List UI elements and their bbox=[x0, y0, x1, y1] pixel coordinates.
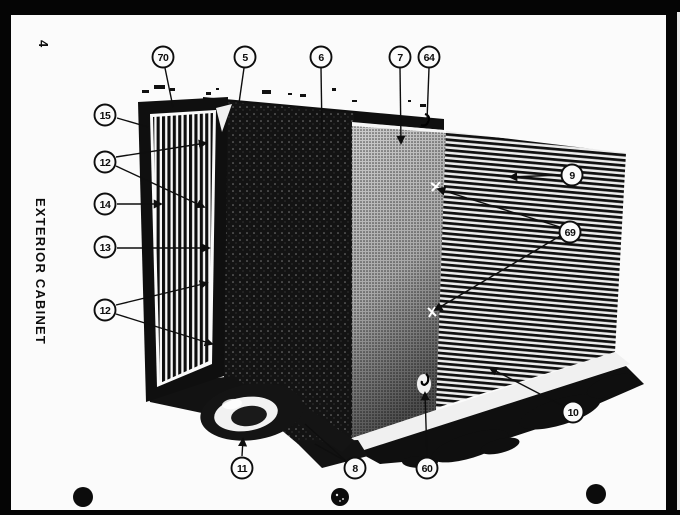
callout-bottom-8: 8 bbox=[345, 458, 366, 479]
callout-top-64: 64 bbox=[419, 47, 440, 68]
figure-exterior-cabinet: 70 5 6 7 64 15 12 14 13 12 9 69 bbox=[0, 0, 680, 515]
callout-right-69: 69 bbox=[560, 222, 581, 243]
callout-left-14: 14 bbox=[95, 194, 116, 215]
callout-label: 7 bbox=[397, 52, 403, 64]
callout-label: 60 bbox=[422, 463, 433, 475]
registration-dots bbox=[73, 484, 606, 507]
callout-left-13: 13 bbox=[95, 237, 116, 258]
callout-left-12-lower: 12 bbox=[95, 300, 116, 321]
callout-top-6: 6 bbox=[311, 47, 332, 68]
callout-label: 12 bbox=[100, 157, 111, 169]
callout-label: 11 bbox=[237, 463, 248, 475]
callout-label: 15 bbox=[100, 110, 111, 122]
callout-label: 69 bbox=[565, 227, 576, 239]
registration-dot-right bbox=[586, 484, 606, 504]
callout-label: 5 bbox=[242, 52, 248, 64]
callout-bottom-11: 11 bbox=[232, 458, 253, 479]
callout-label: 13 bbox=[100, 242, 111, 254]
callout-label: 10 bbox=[568, 407, 579, 419]
callout-bottom-10: 10 bbox=[563, 402, 584, 423]
side-grille bbox=[138, 97, 232, 402]
callout-top-5: 5 bbox=[235, 47, 256, 68]
callout-label: 6 bbox=[318, 52, 324, 64]
callout-label: 64 bbox=[424, 52, 435, 64]
registration-dot-center bbox=[331, 488, 349, 506]
callout-label: 12 bbox=[100, 305, 111, 317]
cabinet-wrapper-panel bbox=[352, 126, 446, 438]
callout-bottom-60: 60 bbox=[417, 458, 438, 479]
callout-label: 9 bbox=[569, 170, 575, 182]
callout-left-15: 15 bbox=[95, 105, 116, 126]
callout-left-12-upper: 12 bbox=[95, 152, 116, 173]
registration-dot-left bbox=[73, 487, 93, 507]
callout-label: 14 bbox=[100, 199, 111, 211]
callout-label: 8 bbox=[352, 463, 358, 475]
callout-right-9: 9 bbox=[562, 165, 583, 186]
callout-top-70: 70 bbox=[153, 47, 174, 68]
callout-label: 70 bbox=[158, 52, 169, 64]
callout-top-7: 7 bbox=[390, 47, 411, 68]
